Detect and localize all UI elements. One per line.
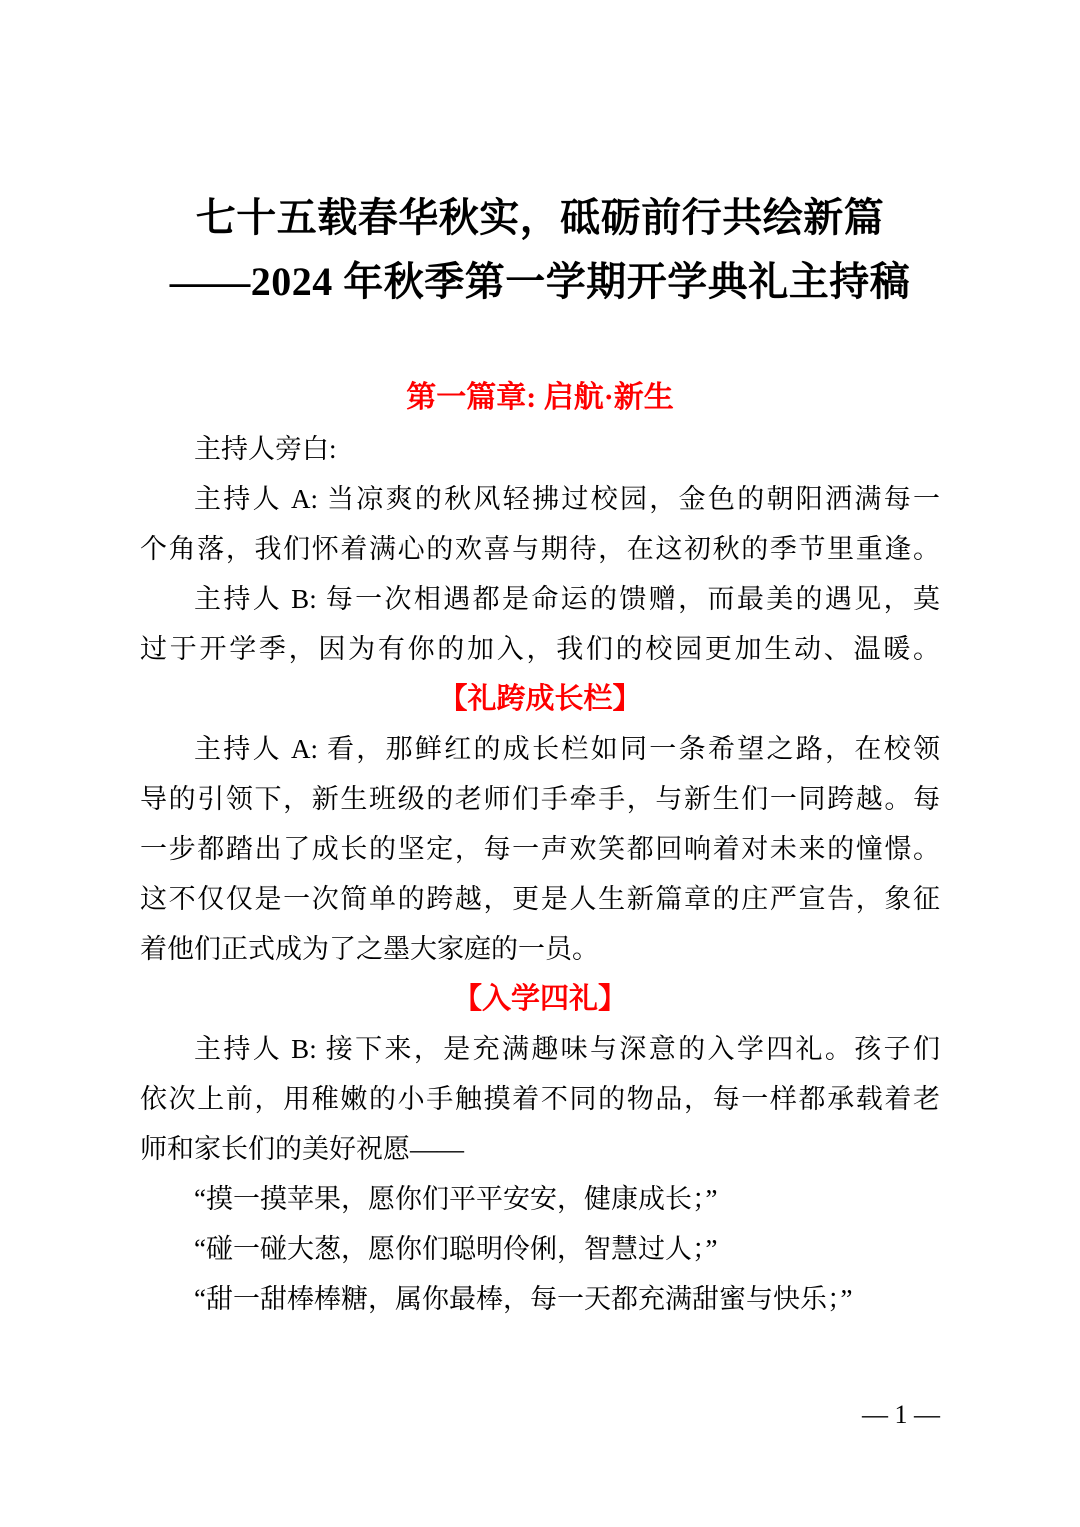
script-line: 一步都踏出了成长的坚定，每一声欢笑都回响着对未来的憧憬。 <box>140 824 940 874</box>
script-line: 依次上前，用稚嫩的小手触摸着不同的物品，每一样都承载着老 <box>140 1074 940 1124</box>
quote-line-lollipop: “甜一甜棒棒糖，属你最棒，每一天都充满甜蜜与快乐；” <box>140 1274 940 1324</box>
script-line: 过于开学季，因为有你的加入，我们的校园更加生动、温暖。 <box>140 624 940 674</box>
quote-line-apple: “摸一摸苹果，愿你们平平安安，健康成长；” <box>140 1174 940 1224</box>
script-line: 主持人 B: 每一次相遇都是命运的馈赠，而最美的遇见，莫 <box>140 574 940 624</box>
document-body: 主持人旁白: 主持人 A: 当凉爽的秋风轻拂过校园，金色的朝阳洒满每一 个角落，… <box>140 424 940 1324</box>
section-heading-four-rites: 【入学四礼】 <box>140 974 940 1024</box>
document-title: 七十五载春华秋实，砥砺前行共绘新篇 ——2024 年秋季第一学期开学典礼主持稿 <box>0 0 1080 314</box>
script-line: 主持人 A: 看，那鲜红的成长栏如同一条希望之路，在校领 <box>140 724 940 774</box>
script-line: 着他们正式成为了之墨大家庭的一员。 <box>140 924 940 974</box>
script-line: 导的引领下，新生班级的老师们手牵手，与新生们一同跨越。每 <box>140 774 940 824</box>
quote-line-scallion: “碰一碰大葱，愿你们聪明伶俐，智慧过人；” <box>140 1224 940 1274</box>
script-line: 主持人 B: 接下来，是充满趣味与深意的入学四礼。孩子们 <box>140 1024 940 1074</box>
title-line-1: 七十五载春华秋实，砥砺前行共绘新篇 <box>0 186 1080 250</box>
script-line: 主持人 A: 当凉爽的秋风轻拂过校园，金色的朝阳洒满每一 <box>140 474 940 524</box>
page-number: — 1 — <box>0 1400 940 1430</box>
script-line: 个角落，我们怀着满心的欢喜与期待，在这初秋的季节里重逢。 <box>140 524 940 574</box>
script-line: 这不仅仅是一次简单的跨越，更是人生新篇章的庄严宣告，象征 <box>140 874 940 924</box>
document-page: 七十五载春华秋实，砥砺前行共绘新篇 ——2024 年秋季第一学期开学典礼主持稿 … <box>0 0 1080 1527</box>
script-line: 师和家长们的美好祝愿—— <box>140 1124 940 1174</box>
narrator-label: 主持人旁白: <box>140 424 940 474</box>
title-line-2: ——2024 年秋季第一学期开学典礼主持稿 <box>0 250 1080 314</box>
section-heading-growth-rail: 【礼跨成长栏】 <box>140 674 940 724</box>
chapter-heading: 第一篇章: 启航·新生 <box>0 377 1080 419</box>
